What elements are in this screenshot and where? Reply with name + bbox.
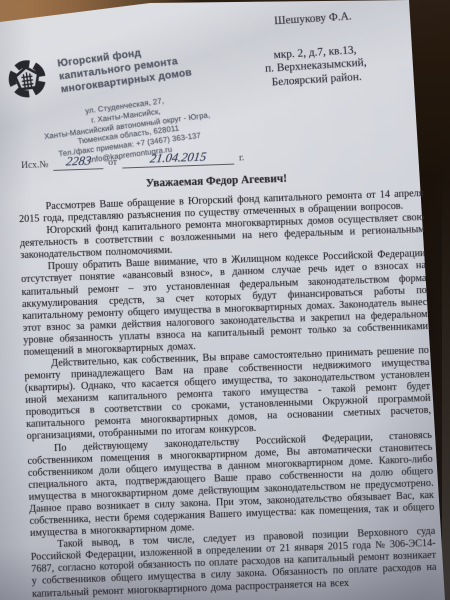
org-name: Югорский фонд капитального ремонта много… — [57, 41, 193, 97]
outgoing-number-label: Исх.№ — [21, 160, 49, 172]
outgoing-number-field: 2283 — [53, 153, 104, 171]
body-paragraph: Прошу обратить Ваше внимание, что в Жили… — [21, 248, 429, 359]
outgoing-date-handwritten: 21.04.2015 — [149, 150, 207, 167]
salutation: Уважаемая Федор Агеевич! — [146, 173, 287, 190]
outgoing-date-field: 21.04.2015 — [122, 149, 234, 169]
from-label: от — [108, 158, 117, 169]
body-paragraph: Действительно, как собственник, Вы вправ… — [24, 345, 432, 444]
addressee-name: Шешукову Ф.А. — [220, 7, 405, 32]
body-paragraph: По действующему законодательству Российс… — [27, 429, 435, 540]
document-photo: Шешукову Ф.А. мкр. 2, д.7, кв.13, п. Вер… — [0, 0, 450, 600]
year-suffix: г. — [239, 153, 245, 164]
body-paragraph: Такой вывод, в том числе, следует из пра… — [30, 526, 437, 600]
letter-content: Шешукову Ф.А. мкр. 2, д.7, кв.13, п. Вер… — [0, 0, 450, 600]
outgoing-number-handwritten: 2283 — [65, 154, 92, 170]
addressee-block: Шешукову Ф.А. мкр. 2, д.7, кв.13, п. Вер… — [220, 7, 409, 92]
fund-logo-icon — [2, 53, 52, 109]
letter-body: Рассмотрев Ваше обращение в Югорский фон… — [18, 188, 437, 600]
